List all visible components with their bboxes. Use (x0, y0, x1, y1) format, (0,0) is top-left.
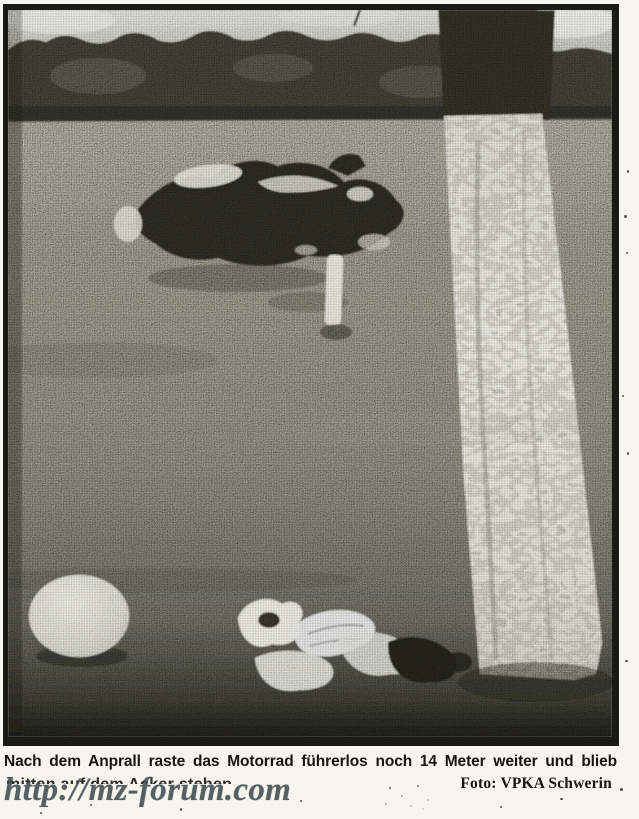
paper-speck (40, 812, 42, 814)
newspaper-scan-page: Nach dem Anprall raste das Motorrad führ… (0, 0, 639, 819)
paper-speck (90, 804, 92, 806)
paper-speck (622, 395, 624, 397)
paper-speck (626, 252, 628, 254)
accident-scene-photo (3, 4, 619, 746)
paper-speck (624, 215, 627, 218)
paper-speck (300, 800, 302, 802)
paper-speck (627, 170, 629, 173)
caption-line1: Nach dem Anprall raste das Motorrad führ… (4, 752, 617, 771)
watermark-url: http://mz-forum.com (4, 770, 291, 810)
paper-speck (620, 788, 623, 791)
grain-dots (8, 10, 612, 737)
photo-credit: Foto: VPKA Schwerin (460, 775, 612, 793)
photo-scene (8, 10, 612, 737)
paper-speck (560, 798, 563, 800)
paper-speck (180, 808, 182, 811)
paper-speck (625, 660, 628, 662)
paper-smudge (378, 780, 440, 812)
paper-speck (627, 452, 629, 455)
paper-speck (500, 806, 502, 808)
